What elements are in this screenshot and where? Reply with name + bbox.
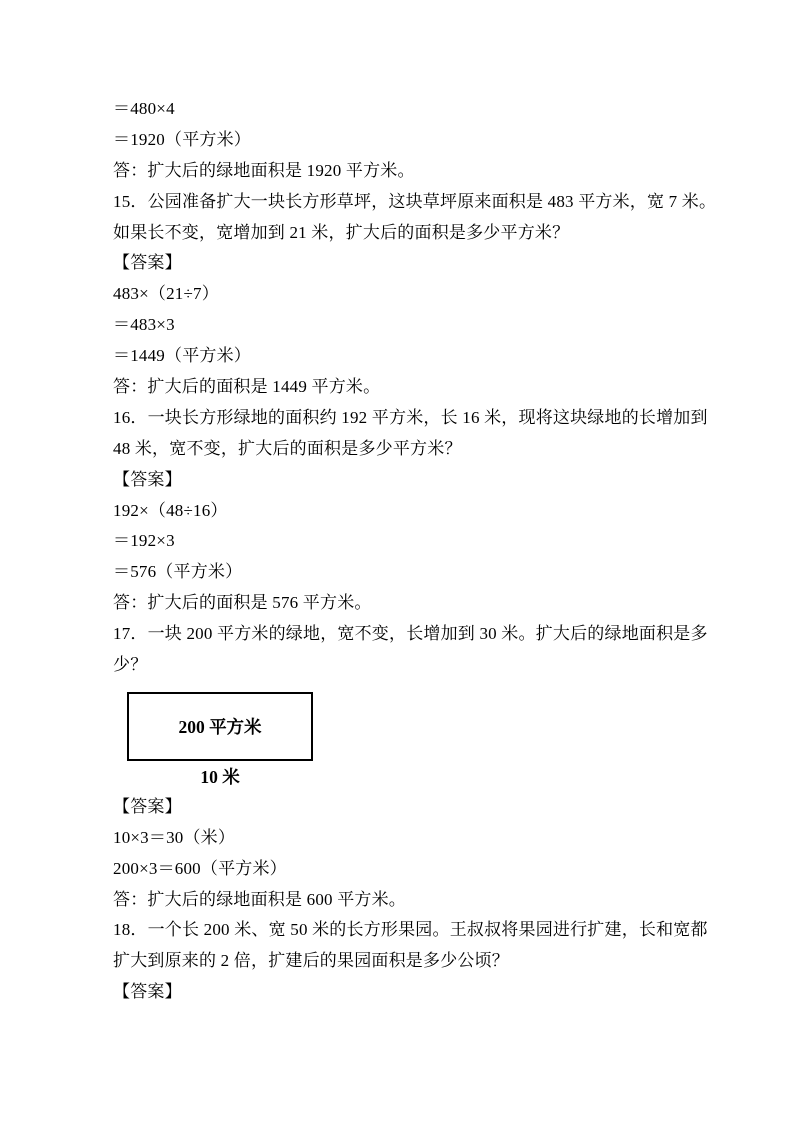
document-line: 16．一块长方形绿地的面积约 192 平方米，长 16 米，现将这块绿地的长增加…: [113, 403, 713, 434]
document-line: 【答案】: [113, 977, 713, 1008]
document-line: 答：扩大后的绿地面积是 1920 平方米。: [113, 156, 713, 187]
document-line: 48 米，宽不变，扩大后的面积是多少平方米？: [113, 434, 713, 465]
document-line: 18．一个长 200 米、宽 50 米的长方形果园。王叔叔将果园进行扩建，长和宽…: [113, 915, 713, 946]
document-line: ＝576（平方米）: [113, 557, 713, 588]
document-line: ＝480×4: [113, 94, 713, 125]
document-line: 答：扩大后的面积是 1449 平方米。: [113, 372, 713, 403]
document-page: ＝480×4＝1920（平方米）答：扩大后的绿地面积是 1920 平方米。15．…: [0, 0, 793, 1122]
lines-before-diagram: ＝480×4＝1920（平方米）答：扩大后的绿地面积是 1920 平方米。15．…: [113, 94, 713, 681]
document-line: 15．公园准备扩大一块长方形草坪，这块草坪原来面积是 483 平方米，宽 7 米…: [113, 187, 713, 218]
rectangle-box: 200 平方米: [127, 692, 313, 761]
document-line: 扩大到原来的 2 倍，扩建后的果园面积是多少公顷？: [113, 946, 713, 977]
rectangle-diagram: 200 平方米 10 米: [113, 692, 713, 790]
lines-after-diagram: 【答案】10×3＝30（米）200×3＝600（平方米）答：扩大后的绿地面积是 …: [113, 792, 713, 1008]
document-line: 如果长不变，宽增加到 21 米，扩大后的面积是多少平方米？: [113, 218, 713, 249]
document-line: 答：扩大后的绿地面积是 600 平方米。: [113, 885, 713, 916]
document-line: ＝1449（平方米）: [113, 341, 713, 372]
document-line: 【答案】: [113, 465, 713, 496]
rectangle-base-label: 10 米: [127, 764, 313, 790]
document-line: 【答案】: [113, 792, 713, 823]
document-line: 483×（21÷7）: [113, 279, 713, 310]
document-line: ＝483×3: [113, 310, 713, 341]
document-line: ＝1920（平方米）: [113, 125, 713, 156]
document-line: ＝192×3: [113, 526, 713, 557]
document-line: 192×（48÷16）: [113, 496, 713, 527]
document-line: 【答案】: [113, 248, 713, 279]
document-line: 少？: [113, 650, 713, 681]
document-line: 17．一块 200 平方米的绿地，宽不变，长增加到 30 米。扩大后的绿地面积是…: [113, 619, 713, 650]
document-content: ＝480×4＝1920（平方米）答：扩大后的绿地面积是 1920 平方米。15．…: [113, 94, 713, 1008]
document-line: 答：扩大后的面积是 576 平方米。: [113, 588, 713, 619]
rectangle-area-label: 200 平方米: [178, 714, 261, 739]
document-line: 200×3＝600（平方米）: [113, 854, 713, 885]
document-line: 10×3＝30（米）: [113, 823, 713, 854]
